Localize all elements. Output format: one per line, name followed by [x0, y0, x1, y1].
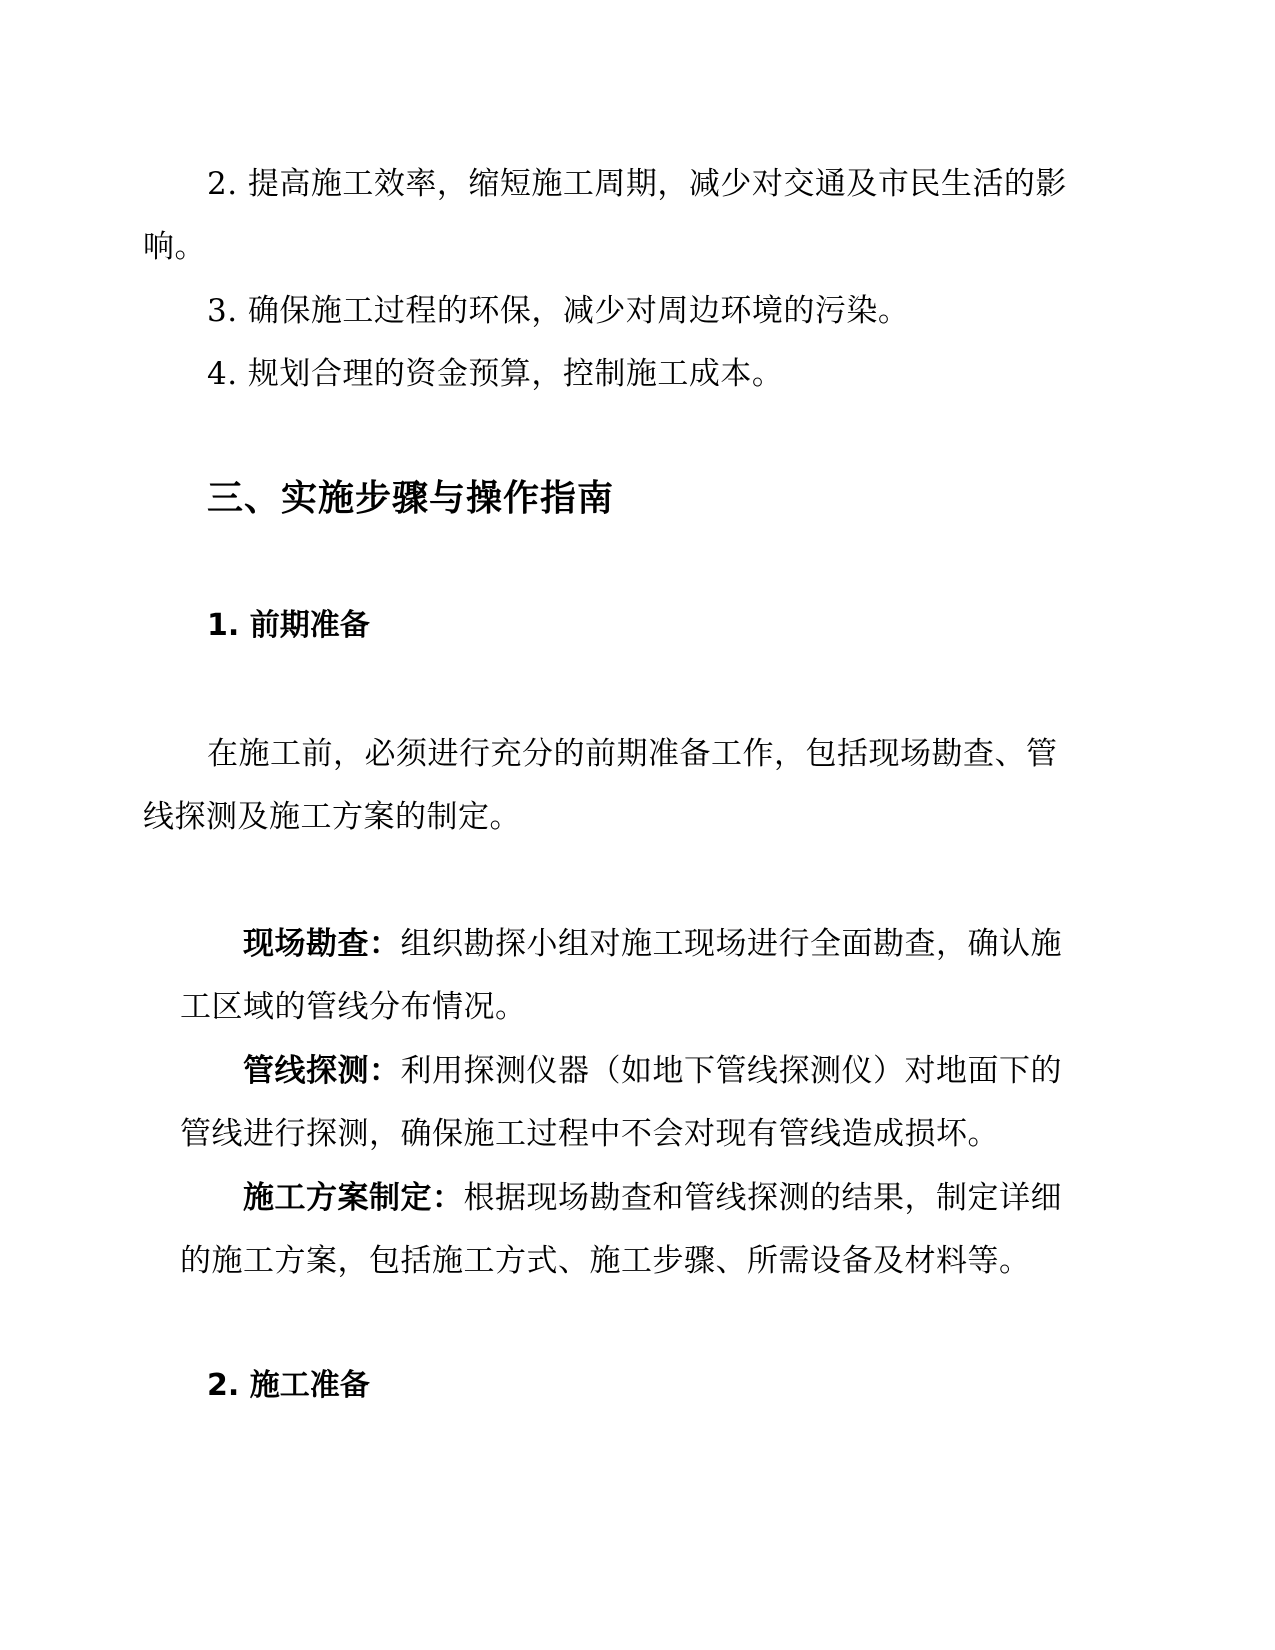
item-site-survey-line-1: 现场勘查：组织勘探小组对施工现场进行全面勘查，确认施: [243, 924, 1062, 964]
subsection-1-intro-line-1: 在施工前，必须进行充分的前期准备工作，包括现场勘查、管: [207, 734, 1058, 774]
list-item-2-line-2: 响。: [143, 227, 206, 267]
item-pipeline-detection-line-2: 管线进行探测，确保施工过程中不会对现有管线造成损坏。: [180, 1114, 999, 1154]
subsection-2-heading: 2. 施工准备: [207, 1366, 370, 1406]
item-site-survey-text: 组织勘探小组对施工现场进行全面勘查，确认施: [401, 926, 1063, 962]
item-site-survey-term: 现场勘查：: [243, 926, 401, 962]
item-pipeline-detection-line-1: 管线探测：利用探测仪器（如地下管线探测仪）对地面下的: [243, 1051, 1062, 1091]
list-item-3: 3. 确保施工过程的环保，减少对周边环境的污染。: [207, 291, 909, 331]
item-construction-plan-line-2: 的施工方案，包括施工方式、施工步骤、所需设备及材料等。: [180, 1241, 1031, 1281]
subsection-1-intro-line-2: 线探测及施工方案的制定。: [143, 797, 521, 837]
list-item-2-line-1: 2. 提高施工效率，缩短施工周期，减少对交通及市民生活的影: [207, 164, 1067, 204]
item-construction-plan-term: 施工方案制定：: [243, 1180, 464, 1216]
item-pipeline-detection-term: 管线探测：: [243, 1053, 401, 1089]
subsection-1-heading: 1. 前期准备: [207, 606, 370, 646]
item-construction-plan-line-1: 施工方案制定：根据现场勘查和管线探测的结果，制定详细: [243, 1178, 1062, 1218]
item-construction-plan-text: 根据现场勘查和管线探测的结果，制定详细: [464, 1180, 1063, 1216]
item-site-survey-line-2: 工区域的管线分布情况。: [180, 987, 527, 1027]
section-heading: 三、实施步骤与操作指南: [207, 477, 614, 521]
item-pipeline-detection-text: 利用探测仪器（如地下管线探测仪）对地面下的: [401, 1053, 1063, 1089]
list-item-4: 4. 规划合理的资金预算，控制施工成本。: [207, 354, 783, 394]
document-page: 2. 提高施工效率，缩短施工周期，减少对交通及市民生活的影 响。 3. 确保施工…: [0, 0, 1275, 1650]
